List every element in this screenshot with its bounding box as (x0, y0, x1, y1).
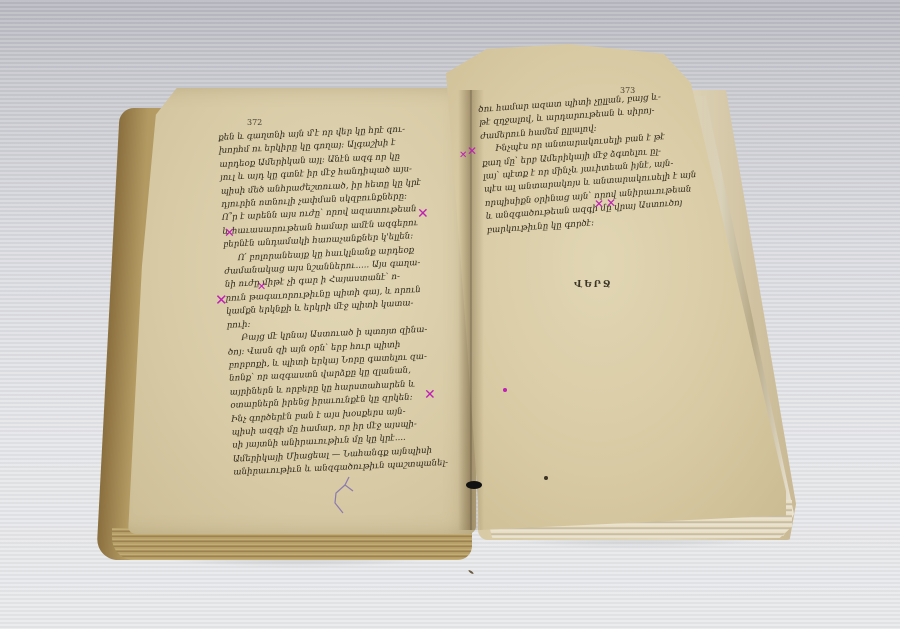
debris-speck (468, 569, 474, 574)
marker-x-icon: ✕ (467, 145, 477, 157)
pencil-mark-icon (333, 475, 361, 515)
marker-x-icon: ✕ (606, 197, 616, 209)
marker-x-icon: ✕ (417, 207, 429, 221)
marker-x-icon: ✕ (215, 293, 228, 308)
ink-speck (544, 476, 548, 480)
marker-x-icon: ✕ (424, 388, 436, 402)
end-word: ՎԵՐՋ (574, 280, 613, 290)
right-page-text: ծու համար ազատ պիտի չըլլան, բայց և- թէ զ… (478, 89, 700, 238)
marker-x-icon: ✕ (594, 198, 604, 210)
left-page-number: 372 (247, 118, 262, 127)
left-page-text: քեն և գաղտնի այն մ'է որ վեր կը հրէ զու- … (218, 122, 448, 480)
gutter-ink-blot (466, 481, 482, 489)
marker-x-icon: ✕ (257, 281, 266, 292)
marker-x-icon: ✕ (224, 227, 235, 240)
marker-dot (503, 388, 507, 392)
